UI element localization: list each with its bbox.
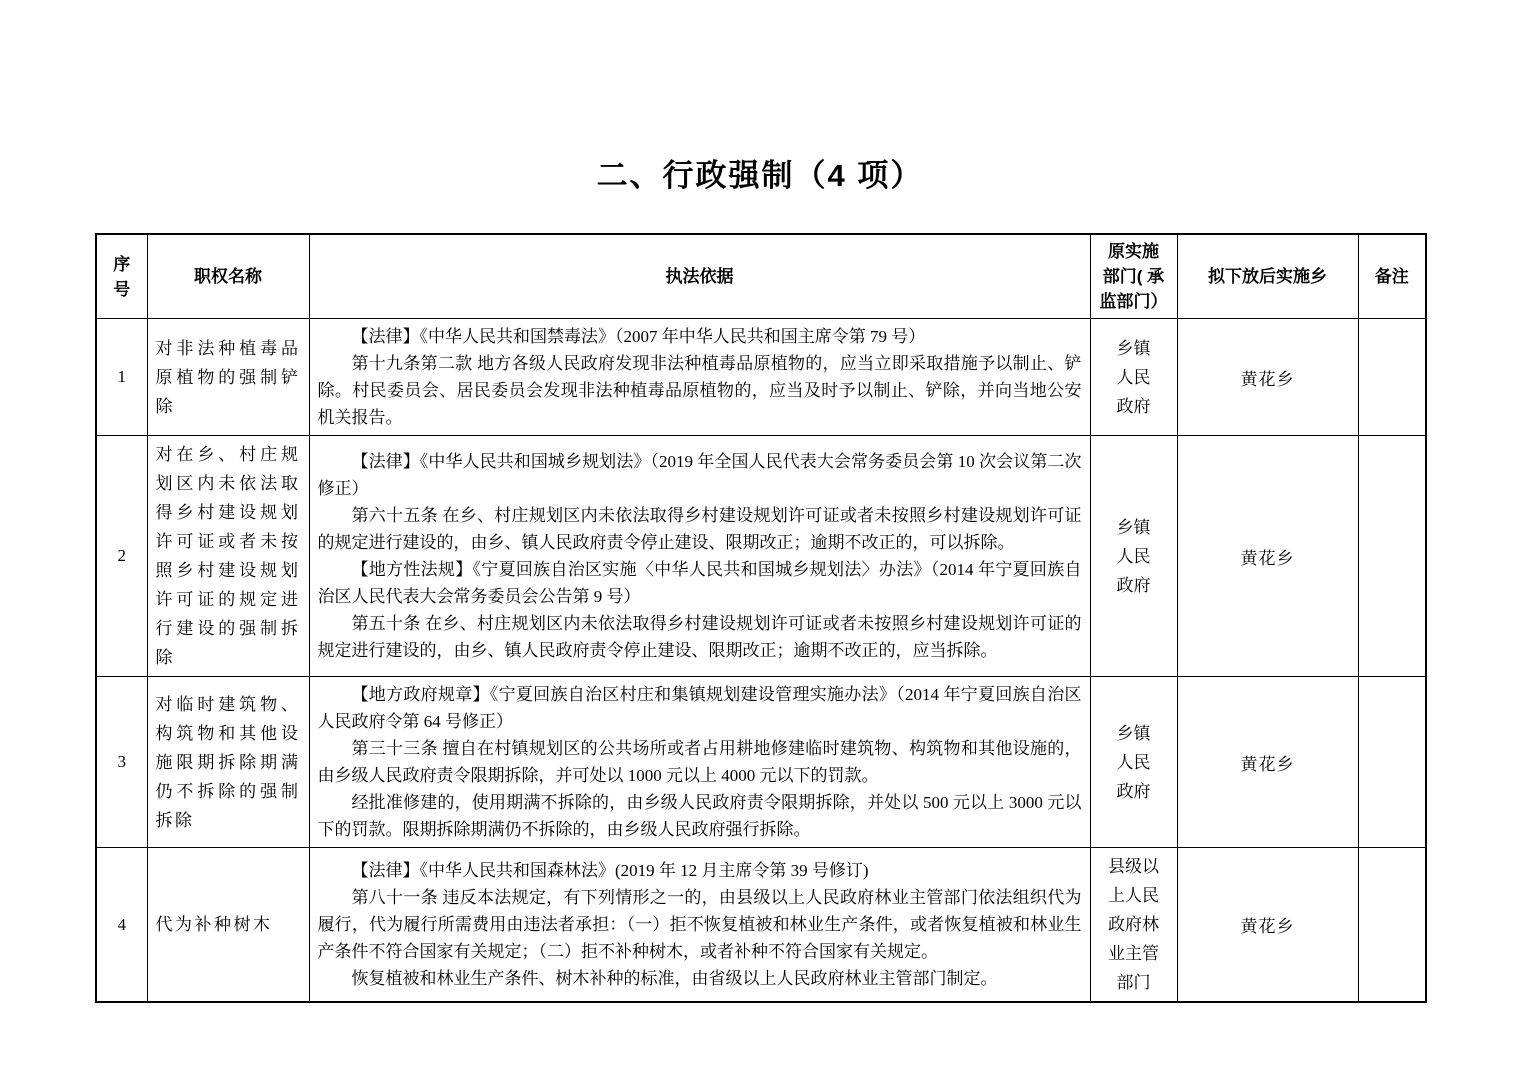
row-index: 2 xyxy=(96,436,147,677)
row-power-name: 对临时建筑物、构筑物和其他设施限期拆除期满仍不拆除的强制拆除 xyxy=(147,677,309,848)
basis-paragraph: 恢复植被和林业生产条件、树木补种的标准，由省级以上人民政府林业主管部门制定。 xyxy=(318,965,1082,992)
basis-paragraph: 【法律】《中华人民共和国禁毒法》（2007 年中华人民共和国主席令第 79 号） xyxy=(318,323,1082,350)
row-township: 黄花乡 xyxy=(1177,319,1358,436)
basis-paragraph: 第六十五条 在乡、村庄规划区内未依法取得乡村建设规划许可证或者未按照乡村建设规划… xyxy=(318,502,1082,556)
row-legal-basis: 【法律】《中华人民共和国城乡规划法》（2019 年全国人民代表大会常务委员会第 … xyxy=(309,436,1090,677)
basis-paragraph: 【法律】《中华人民共和国森林法》(2019 年 12 月主席令第 39 号修订) xyxy=(318,857,1082,884)
table-row: 2 对在乡、村庄规划区内未依法取得乡村建设规划许可证或者未按照乡村建设规划许可证… xyxy=(96,436,1426,677)
basis-paragraph: 第十九条第二款 地方各级人民政府发现非法种植毒品原植物的，应当立即采取措施予以制… xyxy=(318,350,1082,431)
row-legal-basis: 【法律】《中华人民共和国森林法》(2019 年 12 月主席令第 39 号修订)… xyxy=(309,848,1090,1003)
row-power-name: 对非法种植毒品原植物的强制铲除 xyxy=(147,319,309,436)
row-original-dept: 县级以 上人民 政府林 业主管 部门 xyxy=(1090,848,1177,1003)
header-original-dept: 原实施 部门( 承 监部门） xyxy=(1090,234,1177,319)
document-page: 二、行政强制（4 项） 序 号 职权名称 执法依据 原实施 部门( 承 监部门）… xyxy=(0,0,1520,1074)
header-index: 序 号 xyxy=(96,234,147,319)
powers-table: 序 号 职权名称 执法依据 原实施 部门( 承 监部门） 拟下放后实施乡 备注 … xyxy=(95,233,1427,1003)
basis-paragraph: 第五十条 在乡、村庄规划区内未依法取得乡村建设规划许可证或者未按照乡村建设规划许… xyxy=(318,610,1082,664)
row-legal-basis: 【地方政府规章】《宁夏回族自治区村庄和集镇规划建设管理实施办法》（2014 年宁… xyxy=(309,677,1090,848)
basis-paragraph: 【法律】《中华人民共和国城乡规划法》（2019 年全国人民代表大会常务委员会第 … xyxy=(318,448,1082,502)
page-title: 二、行政强制（4 项） xyxy=(0,0,1520,233)
row-township: 黄花乡 xyxy=(1177,436,1358,677)
row-remarks xyxy=(1358,677,1426,848)
row-remarks xyxy=(1358,436,1426,677)
row-power-name: 代为补种树木 xyxy=(147,848,309,1003)
row-power-name: 对在乡、村庄规划区内未依法取得乡村建设规划许可证或者未按照乡村建设规划许可证的规… xyxy=(147,436,309,677)
basis-paragraph: 第三十三条 擅自在村镇规划区的公共场所或者占用耕地修建临时建筑物、构筑物和其他设… xyxy=(318,735,1082,789)
basis-paragraph: 经批准修建的，使用期满不拆除的，由乡级人民政府责令限期拆除，并处以 500 元以… xyxy=(318,789,1082,843)
table-row: 1 对非法种植毒品原植物的强制铲除 【法律】《中华人民共和国禁毒法》（2007 … xyxy=(96,319,1426,436)
header-legal-basis: 执法依据 xyxy=(309,234,1090,319)
row-township: 黄花乡 xyxy=(1177,677,1358,848)
header-township: 拟下放后实施乡 xyxy=(1177,234,1358,319)
row-legal-basis: 【法律】《中华人民共和国禁毒法》（2007 年中华人民共和国主席令第 79 号）… xyxy=(309,319,1090,436)
row-original-dept: 乡镇 人民 政府 xyxy=(1090,436,1177,677)
row-index: 1 xyxy=(96,319,147,436)
table-row: 3 对临时建筑物、构筑物和其他设施限期拆除期满仍不拆除的强制拆除 【地方政府规章… xyxy=(96,677,1426,848)
row-original-dept: 乡镇 人民 政府 xyxy=(1090,677,1177,848)
basis-paragraph: 【地方性法规】《宁夏回族自治区实施〈中华人民共和国城乡规划法〉办法》（2014 … xyxy=(318,556,1082,610)
table-row: 4 代为补种树木 【法律】《中华人民共和国森林法》(2019 年 12 月主席令… xyxy=(96,848,1426,1003)
header-row: 序 号 职权名称 执法依据 原实施 部门( 承 监部门） 拟下放后实施乡 备注 xyxy=(96,234,1426,319)
row-remarks xyxy=(1358,848,1426,1003)
basis-paragraph: 【地方政府规章】《宁夏回族自治区村庄和集镇规划建设管理实施办法》（2014 年宁… xyxy=(318,681,1082,735)
row-index: 4 xyxy=(96,848,147,1003)
row-index: 3 xyxy=(96,677,147,848)
row-remarks xyxy=(1358,319,1426,436)
row-township: 黄花乡 xyxy=(1177,848,1358,1003)
row-original-dept: 乡镇 人民 政府 xyxy=(1090,319,1177,436)
basis-paragraph: 第八十一条 违反本法规定，有下列情形之一的，由县级以上人民政府林业主管部门依法组… xyxy=(318,884,1082,965)
header-remarks: 备注 xyxy=(1358,234,1426,319)
header-power-name: 职权名称 xyxy=(147,234,309,319)
